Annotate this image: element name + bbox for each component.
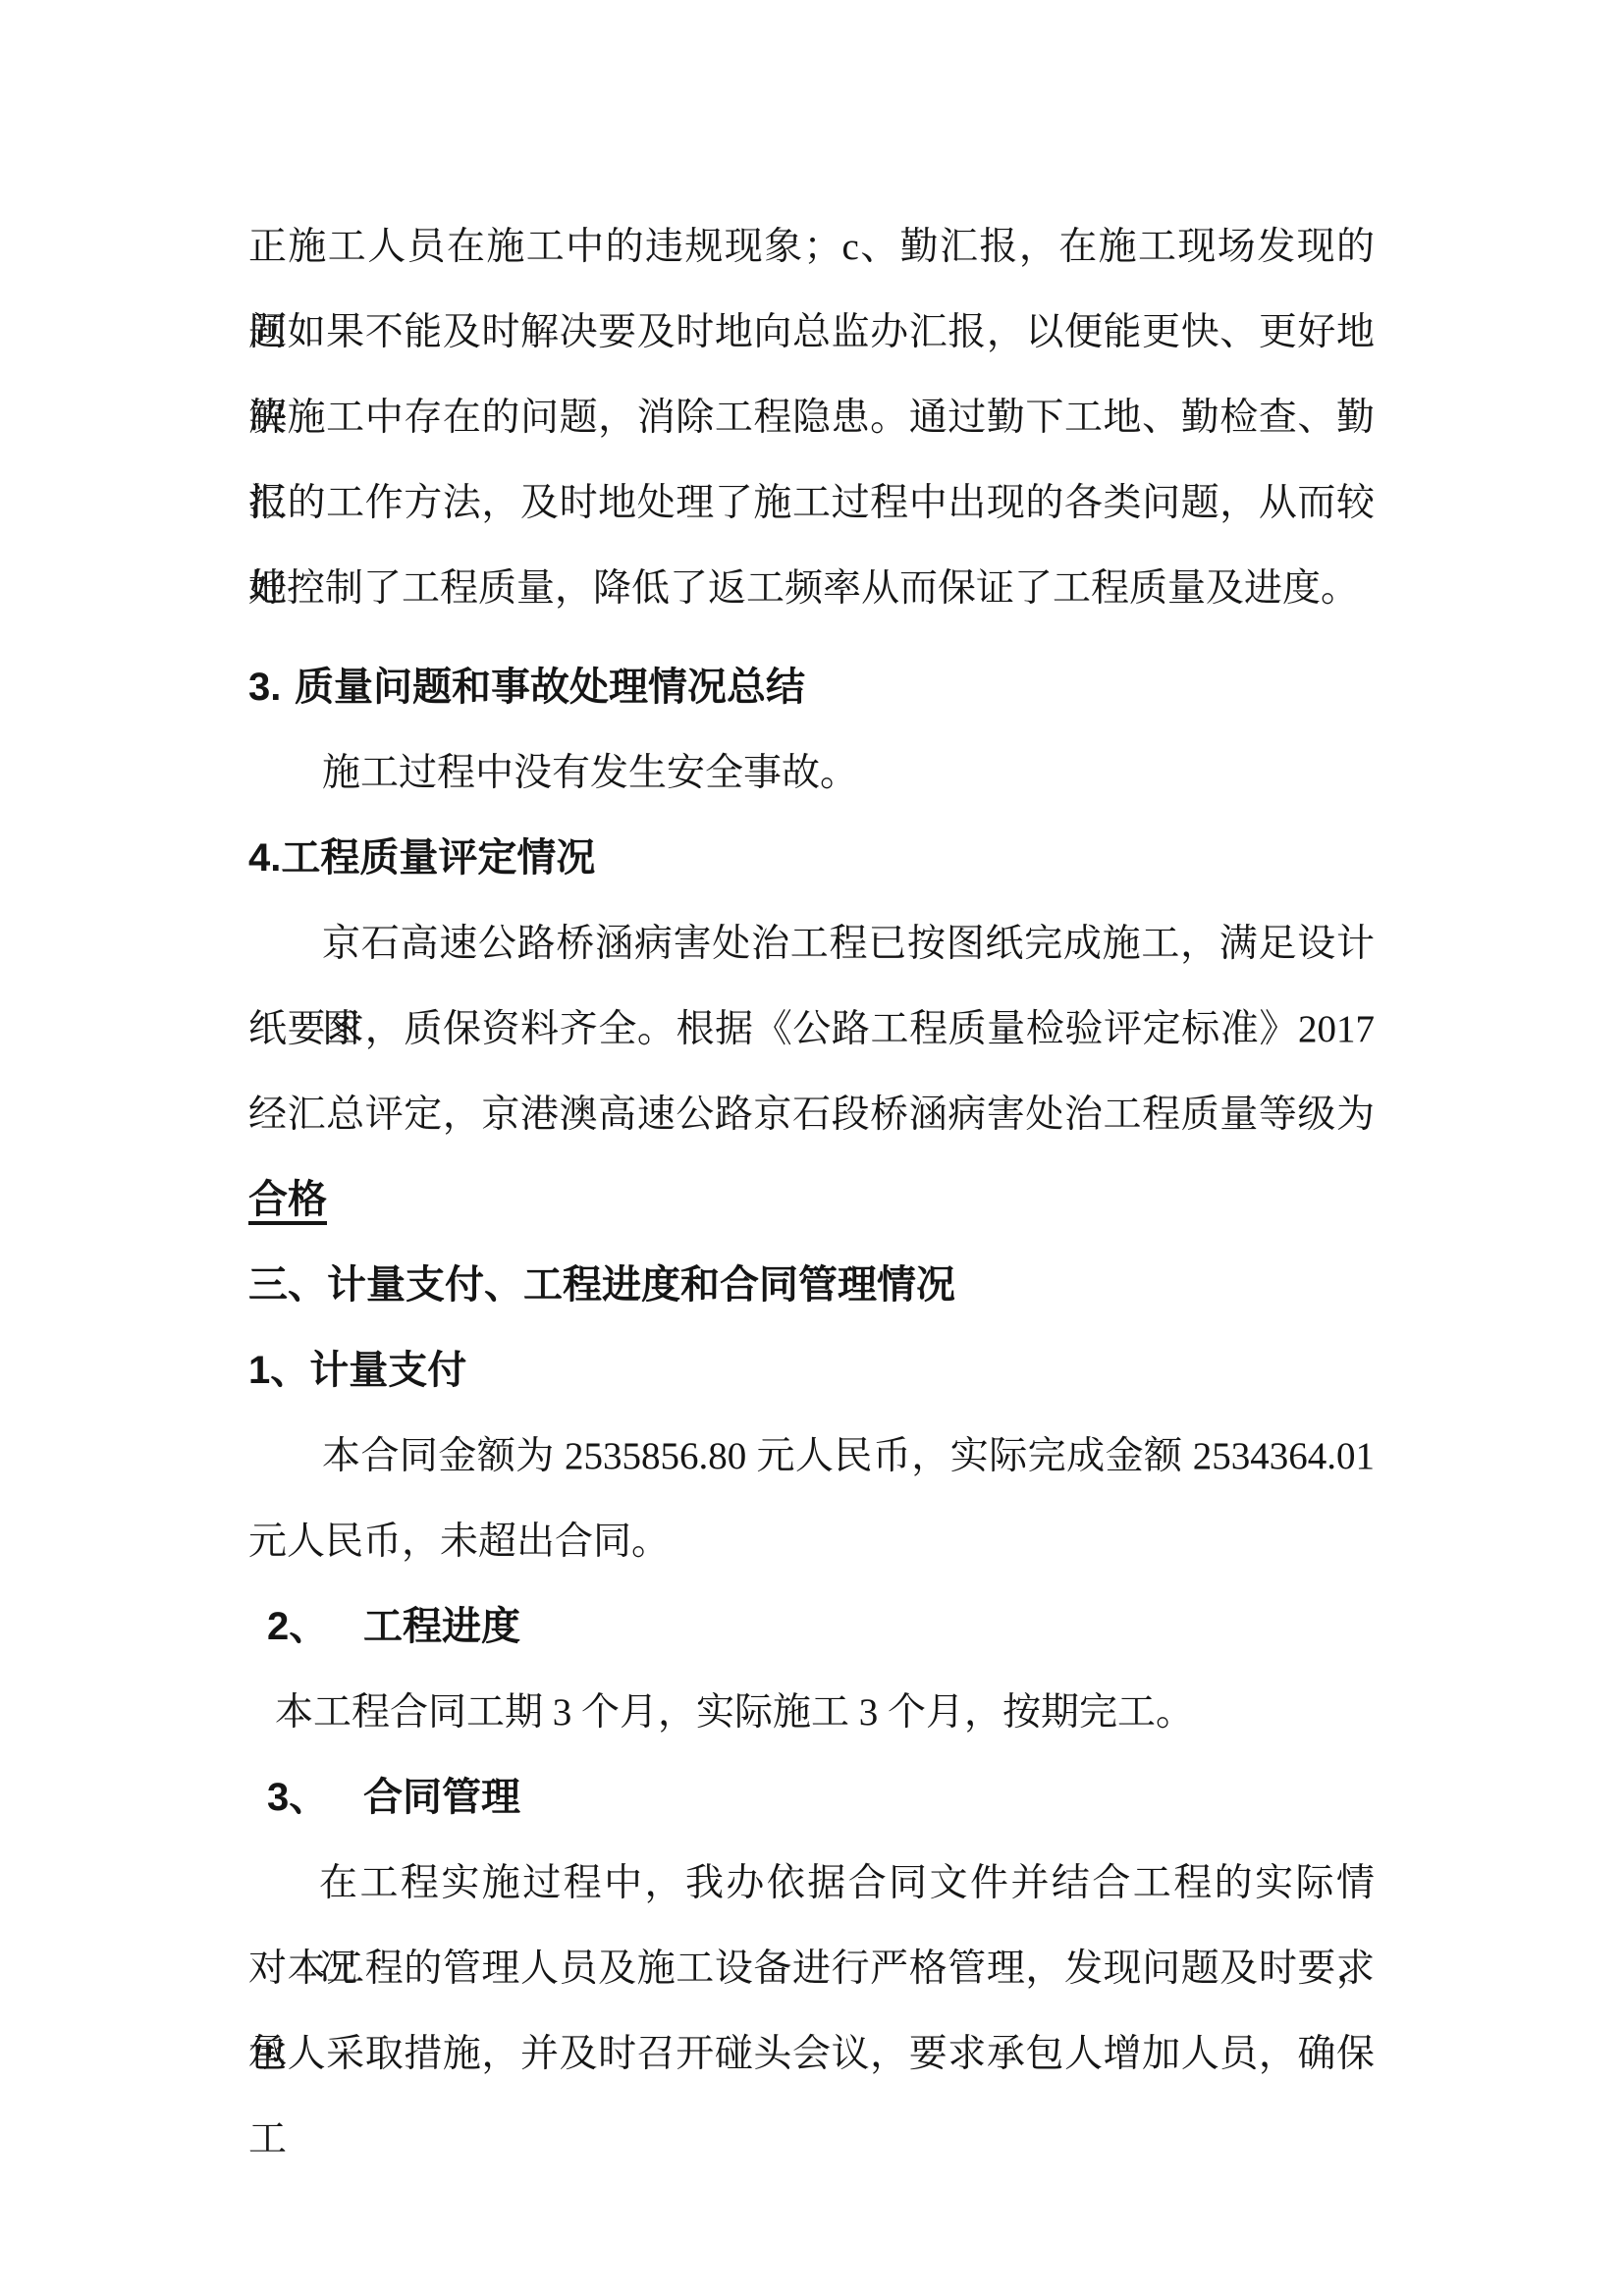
text-line: 京石高速公路桥涵病害处治工程已按图纸完成施工，满足设计图 (248, 901, 1375, 987)
text-line: 合格 (248, 1157, 1375, 1243)
text-line: 经汇总评定，京港澳高速公路京石段桥涵病害处治工程质量等级为 (248, 1072, 1375, 1157)
text-line: 报的工作方法，及时地处理了施工过程中出现的各类问题，从而较好 (248, 460, 1375, 546)
heading-text: 工程进度 (363, 1584, 520, 1670)
text-line: 在工程实施过程中，我办依据合同文件并结合工程的实际情况， (248, 1841, 1375, 1926)
text-line: 元人民币，未超出合同。 (248, 1499, 1375, 1584)
heading-3-contract-management: 3、合同管理 (248, 1755, 1375, 1841)
paragraph-contract-amount: 本合同金额为 2535856.80 元人民币，实际完成金额 2534364.01… (248, 1414, 1375, 1584)
text-line: 2、工程进度 (248, 1584, 1375, 1670)
text-line: 3.质量问题和事故处理情况总结 (248, 645, 1375, 730)
paragraph-quality-assessment-detail: 京石高速公路桥涵病害处治工程已按图纸完成施工，满足设计图纸要求，质保资料齐全。根… (248, 901, 1375, 1157)
text-line: 3、合同管理 (248, 1755, 1375, 1841)
heading-text: 合同管理 (363, 1755, 520, 1841)
text-line: 地控制了工程质量，降低了返工频率从而保证了工程质量及进度。 (248, 546, 1375, 631)
text-line: 三、计量支付、工程进度和合同管理情况 (248, 1243, 1375, 1328)
heading-number: 2、 (248, 1605, 328, 1648)
paragraph-no-safety-accidents: 施工过程中没有发生安全事故。 (248, 730, 1375, 816)
text-line: 包人采取措施，并及时召开碰头会议，要求承包人增加人员，确保工 (248, 2011, 1375, 2097)
text-line: 4.工程质量评定情况 (248, 816, 1375, 901)
text-line: 纸要求，质保资料齐全。根据《公路工程质量检验评定标准》2017 (248, 987, 1375, 1072)
heading-section-3-payment-progress-contract: 三、计量支付、工程进度和合同管理情况 (248, 1243, 1375, 1328)
heading-2-project-progress: 2、工程进度 (248, 1584, 1375, 1670)
text-line: 决施工中存在的问题，消除工程隐患。通过勤下工地、勤检查、勤汇 (248, 375, 1375, 460)
text-line: 对本工程的管理人员及施工设备进行严格管理，发现问题及时要求承 (248, 1926, 1375, 2011)
heading-4-quality-assessment: 4.工程质量评定情况 (248, 816, 1375, 901)
document-page: 正施工人员在施工中的违规现象；c、勤汇报，在施工现场发现的问题如果不能及时解决要… (0, 0, 1624, 2296)
heading-3-quality-issues-summary: 3.质量问题和事故处理情况总结 (248, 645, 1375, 730)
paragraph-continued-from-previous-page: 正施工人员在施工中的违规现象；c、勤汇报，在施工现场发现的问题如果不能及时解决要… (248, 204, 1375, 631)
text-line: 正施工人员在施工中的违规现象；c、勤汇报，在施工现场发现的问 (248, 204, 1375, 290)
text-line: 本合同金额为 2535856.80 元人民币，实际完成金额 2534364.01 (248, 1414, 1375, 1499)
text-line: 本工程合同工期 3 个月，实际施工 3 个月，按期完工。 (248, 1670, 1375, 1755)
text-line: 施工过程中没有发生安全事故。 (248, 730, 1375, 816)
text-line: 1、计量支付 (248, 1328, 1375, 1414)
paragraph-construction-period: 本工程合同工期 3 个月，实际施工 3 个月，按期完工。 (248, 1670, 1375, 1755)
heading-1-measurement-payment: 1、计量支付 (248, 1328, 1375, 1414)
heading-number: 3. (248, 666, 281, 709)
heading-number: 3、 (248, 1776, 328, 1819)
document-content: 正施工人员在施工中的违规现象；c、勤汇报，在施工现场发现的问题如果不能及时解决要… (248, 204, 1375, 2097)
heading-text: 质量问题和事故处理情况总结 (295, 645, 805, 730)
text-line: 题如果不能及时解决要及时地向总监办汇报，以便能更快、更好地解 (248, 290, 1375, 375)
underlined-text: 合格 (248, 1178, 327, 1221)
paragraph-contract-management-detail: 在工程实施过程中，我办依据合同文件并结合工程的实际情况，对本工程的管理人员及施工… (248, 1841, 1375, 2097)
grade-qualified: 合格 (248, 1157, 1375, 1243)
